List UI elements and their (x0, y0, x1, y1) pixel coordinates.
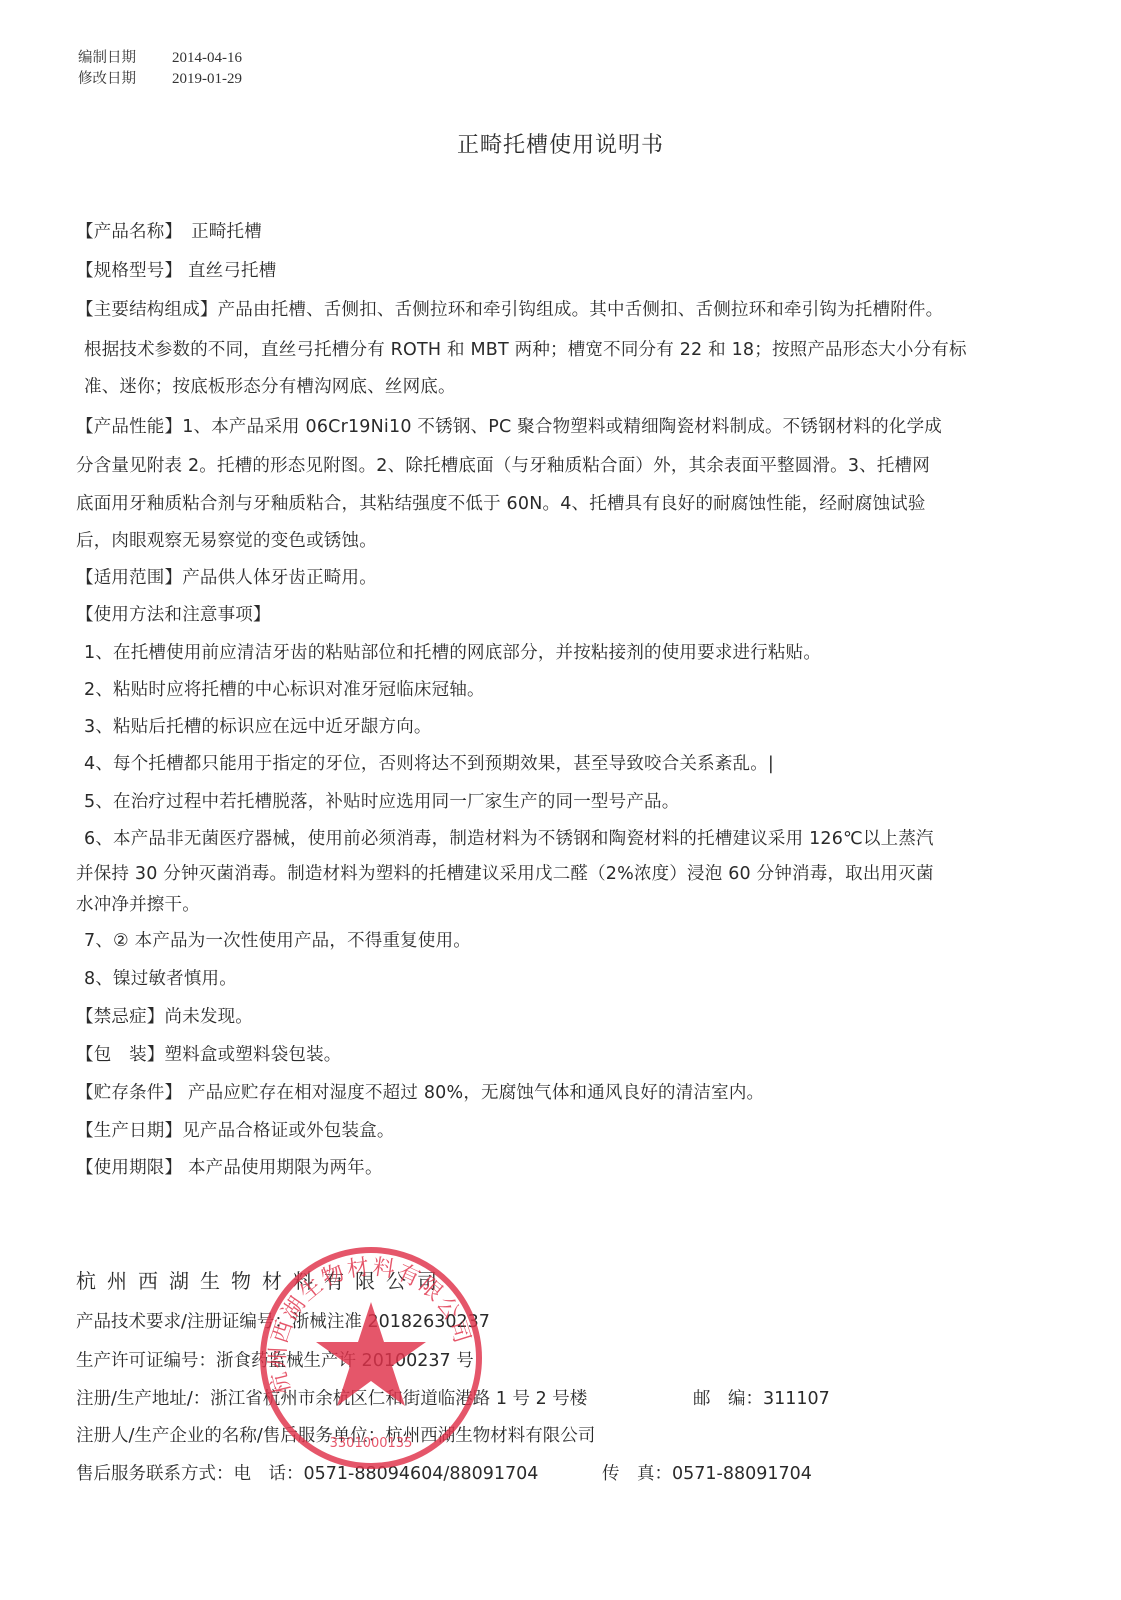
registration-number: 产品技术要求/注册证编号：浙械注准 20182630237 (76, 1308, 490, 1333)
usage-item-6: 6、本产品非无菌医疗器械，使用前必须消毒，制造材料为不锈钢和陶瓷材料的托槽建议采… (84, 825, 1044, 850)
paragraph-line: 分含量见附表 2。托槽的形态见附图。2、除托槽底面（与牙釉质粘合面）外，其余表面… (76, 452, 1036, 477)
revise-date-label: 修改日期 (78, 69, 172, 90)
usage-item-4: 4、每个托槽都只能用于指定的牙位，否则将达不到预期效果，甚至导致咬合关系紊乱。| (84, 750, 1044, 775)
compile-date-label: 编制日期 (78, 48, 172, 69)
compile-date: 2014-04-16 (172, 48, 242, 69)
field-scope: 【适用范围】产品供人体牙齿正畸用。 (76, 564, 1036, 589)
document-title: 正畸托槽使用说明书 (0, 128, 1121, 159)
postcode: 邮 编：311107 (693, 1385, 830, 1410)
usage-item-2: 2、粘贴时应将托槽的中心标识对准牙冠临床冠轴。 (84, 676, 1044, 701)
paragraph-line: 并保持 30 分钟灭菌消毒。制造材料为塑料的托槽建议采用戊二醛（2%浓度）浸泡 … (76, 860, 1036, 885)
fax: 传 真：0571-88091704 (602, 1460, 812, 1485)
paragraph-line: 根据技术参数的不同，直丝弓托槽分有 ROTH 和 MBT 两种；槽宽不同分有 2… (84, 336, 1044, 361)
service-phone: 售后服务联系方式：电 话：0571-88094604/88091704 (76, 1460, 538, 1485)
usage-item-7: 7、② 本产品为一次性使用产品，不得重复使用。 (84, 927, 1044, 952)
paragraph-line: 后，肉眼观察无易察觉的变色或锈蚀。 (76, 527, 1036, 552)
usage-item-1: 1、在托槽使用前应清洁牙齿的粘贴部位和托槽的网底部分，并按粘接剂的使用要求进行粘… (84, 639, 1044, 664)
usage-item-3: 3、粘贴后托槽的标识应在远中近牙龈方向。 (84, 713, 1044, 738)
address: 注册/生产地址/：浙江省杭州市余杭区仁和街道临港路 1 号 2 号楼 (76, 1385, 587, 1410)
paragraph-line: 底面用牙釉质粘合剂与牙釉质粘合，其粘结强度不低于 60N。4、托槽具有良好的耐腐… (76, 490, 1036, 515)
paragraph-line: 准、迷你；按底板形态分有槽沟网底、丝网底。 (84, 373, 1044, 398)
field-packaging: 【包 装】塑料盒或塑料袋包装。 (76, 1041, 1036, 1066)
field-contraindication: 【禁忌症】尚未发现。 (76, 1003, 1036, 1028)
production-license: 生产许可证编号：浙食药监械生产许 20100237 号 (76, 1347, 474, 1372)
company-name: 杭州西湖生物材料有限公司 (76, 1265, 448, 1294)
registrant: 注册人/生产企业的名称/售后服务单位：杭州西湖生物材料有限公司 (76, 1422, 595, 1447)
field-model: 【规格型号】 直丝弓托槽 (76, 257, 1036, 282)
field-performance: 【产品性能】1、本产品采用 06Cr19Ni10 不锈钢、PC 聚合物塑料或精细… (76, 413, 1036, 438)
usage-item-8: 8、镍过敏者慎用。 (84, 965, 1044, 990)
document-meta: 编制日期2014-04-16 修改日期2019-01-29 (78, 48, 242, 90)
revise-date: 2019-01-29 (172, 69, 242, 90)
paragraph-line: 水冲净并擦干。 (76, 891, 1036, 916)
field-structure: 【主要结构组成】产品由托槽、舌侧扣、舌侧拉环和牵引钩组成。其中舌侧扣、舌侧拉环和… (76, 296, 1036, 321)
field-shelf-life: 【使用期限】 本产品使用期限为两年。 (76, 1154, 1036, 1179)
field-production-date: 【生产日期】见产品合格证或外包装盒。 (76, 1117, 1036, 1142)
field-product-name: 【产品名称】 正畸托槽 (76, 218, 1036, 243)
field-storage: 【贮存条件】 产品应贮存在相对湿度不超过 80%，无腐蚀气体和通风良好的清洁室内… (76, 1079, 1036, 1104)
usage-item-5: 5、在治疗过程中若托槽脱落，补贴时应选用同一厂家生产的同一型号产品。 (84, 788, 1044, 813)
field-usage-heading: 【使用方法和注意事项】 (76, 601, 1036, 626)
